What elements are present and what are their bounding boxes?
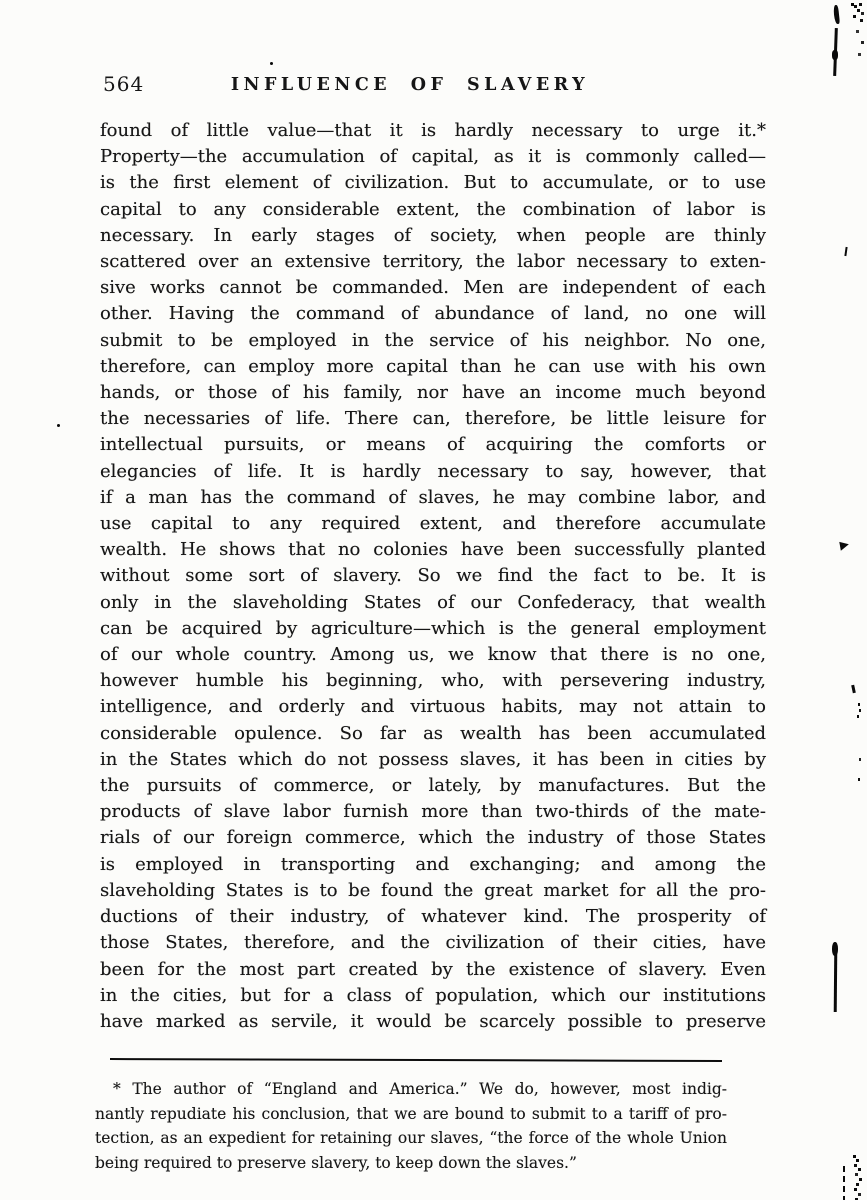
text-line: considerable opulence. So far as wealth … (100, 721, 766, 747)
text-line: only in the slaveholding States of our C… (100, 590, 766, 616)
text-line: is the first element of civilization. Bu… (100, 170, 766, 196)
text-line: other. Having the command of abundance o… (100, 301, 766, 327)
book-page: 564 INFLUENCE OF SLAVERY found of little… (0, 0, 867, 1200)
text-line: can be acquired by agriculture—which is … (100, 616, 766, 642)
text-line: tection, as an expedient for retaining o… (95, 1126, 727, 1151)
text-line: found of little value—that it is hardly … (100, 118, 766, 144)
text-line: necessary. In early stages of society, w… (100, 223, 766, 249)
running-head: INFLUENCE OF SLAVERY (225, 75, 595, 95)
scan-artifact-tick (844, 247, 847, 256)
text-line: slaveholding States is to be found the g… (100, 878, 766, 904)
text-line: wealth. He shows that no colonies have b… (100, 537, 766, 563)
scan-artifact-tick (851, 685, 856, 693)
scan-artifact-blob (832, 50, 838, 60)
scan-artifact-specks (858, 703, 860, 706)
text-line: therefore, can employ more capital than … (100, 354, 766, 380)
text-line: products of slave labor furnish more tha… (100, 799, 766, 825)
text-line: sive works cannot be commanded. Men are … (100, 275, 766, 301)
body-text: found of little value—that it is hardly … (100, 118, 766, 1035)
page-number: 564 (103, 72, 144, 96)
text-line: however humble his beginning, who, with … (100, 668, 766, 694)
text-line: use capital to any required extent, and … (100, 511, 766, 537)
text-line: those States, therefore, and the civiliz… (100, 930, 766, 956)
text-line: the pursuits of commerce, or lately, by … (100, 773, 766, 799)
text-line: in the States which do not possess slave… (100, 747, 766, 773)
text-line: elegancies of life. It is hardly necessa… (100, 459, 766, 485)
footnote-rule (110, 1058, 722, 1062)
scan-artifact-dot (270, 62, 273, 65)
footnote: * The author of “England and America.” W… (95, 1077, 727, 1175)
scan-artifact-arrow (839, 540, 849, 550)
text-line: in the cities, but for a class of popula… (100, 983, 766, 1009)
text-line: of our whole country. Among us, we know … (100, 642, 766, 668)
text-line: rials of our foreign commerce, which the… (100, 825, 766, 851)
text-line: submit to be employed in the service of … (100, 328, 766, 354)
text-line: scattered over an extensive territory, t… (100, 249, 766, 275)
text-line: intelligence, and orderly and virtuous h… (100, 694, 766, 720)
scan-artifact-speckles (853, 1155, 856, 1158)
text-line: ductions of their industry, of whatever … (100, 904, 766, 930)
text-line: been for the most part created by the ex… (100, 957, 766, 983)
text-line: the necessaries of life. There can, ther… (100, 406, 766, 432)
text-line: being required to preserve slavery, to k… (95, 1151, 727, 1176)
text-line: * The author of “England and America.” W… (95, 1077, 727, 1102)
text-line: nantly repudiate his conclusion, that we… (95, 1102, 727, 1127)
scan-artifact-dashes (843, 1166, 845, 1200)
text-line: have marked as servile, it would be scar… (100, 1009, 766, 1035)
text-line: capital to any considerable extent, the … (100, 197, 766, 223)
text-line: Property—the accumulation of capital, as… (100, 144, 766, 170)
text-line: is employed in transporting and exchangi… (100, 852, 766, 878)
text-line: intellectual pursuits, or means of acqui… (100, 432, 766, 458)
scan-artifact-dot (57, 424, 60, 427)
scan-artifact-speckles (851, 3, 854, 6)
text-line: if a man has the command of slaves, he m… (100, 485, 766, 511)
scan-artifact-line (834, 950, 838, 1012)
text-line: hands, or those of his family, nor have … (100, 380, 766, 406)
text-line: without some sort of slavery. So we find… (100, 563, 766, 589)
scan-artifact-curl (833, 5, 840, 24)
